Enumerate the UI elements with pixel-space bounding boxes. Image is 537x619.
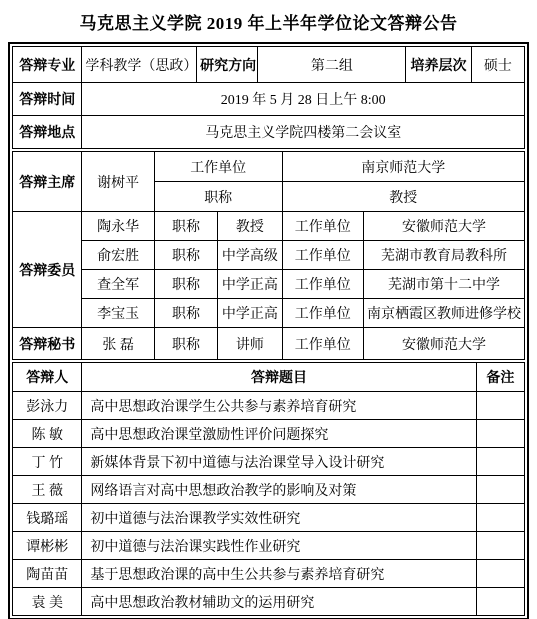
topic-header: 答辩题目: [82, 363, 476, 392]
defense-topic: 基于思想政治课的高中生公共参与素养培育研究: [82, 560, 476, 588]
panel-section: 答辩主席 谢树平 工作单位 南京师范大学 职称 教授 答辩委员 陶永华 职称 教…: [12, 151, 525, 360]
chair-label: 答辩主席: [13, 152, 82, 212]
defense-row: 陈 敏 高中思想政治课堂激励性评价问题探究: [13, 420, 525, 448]
member-title-value: 中学正高: [218, 299, 282, 328]
defense-row: 谭彬彬 初中道德与法治课实践性作业研究: [13, 532, 525, 560]
defense-topic: 初中道德与法治课实践性作业研究: [82, 532, 476, 560]
member-title-label: 职称: [154, 270, 217, 299]
chair-title-label: 职称: [154, 182, 282, 212]
note-cell: [476, 448, 524, 476]
direction-label: 研究方向: [197, 47, 258, 83]
note-cell: [476, 476, 524, 504]
note-cell: [476, 588, 524, 616]
member-name: 李宝玉: [82, 299, 154, 328]
defense-row: 丁 竹 新媒体背景下初中道德与法治课堂导入设计研究: [13, 448, 525, 476]
member-unit-value: 安徽师范大学: [364, 212, 525, 241]
defense-row: 袁 美 高中思想政治教材辅助文的运用研究: [13, 588, 525, 616]
member-title-value: 中学高级: [218, 241, 282, 270]
defense-section: 答辩人 答辩题目 备注 彭泳力 高中思想政治课学生公共参与素养培育研究 陈 敏 …: [12, 362, 525, 616]
place-value: 马克思主义学院四楼第二会议室: [82, 116, 525, 149]
time-label: 答辩时间: [13, 83, 82, 116]
committee-row: 李宝玉 职称 中学正高 工作单位 南京栖霞区教师进修学校: [13, 299, 525, 328]
member-name: 陶永华: [82, 212, 154, 241]
committee-label: 答辩委员: [13, 212, 82, 328]
secretary-unit-label: 工作单位: [282, 328, 363, 360]
level-label: 培养层次: [406, 47, 471, 83]
info-row-major: 答辩专业 学科教学（思政） 研究方向 第二组 培养层次 硕士: [13, 47, 525, 83]
secretary-title-label: 职称: [154, 328, 217, 360]
defense-topic: 新媒体背景下初中道德与法治课堂导入设计研究: [82, 448, 476, 476]
defense-topic: 网络语言对高中思想政治教学的影响及对策: [82, 476, 476, 504]
defense-row: 钱璐瑶 初中道德与法治课教学实效性研究: [13, 504, 525, 532]
level-value: 硕士: [471, 47, 524, 83]
defense-topic: 高中思想政治教材辅助文的运用研究: [82, 588, 476, 616]
person-header: 答辩人: [13, 363, 82, 392]
member-unit-value: 芜湖市教育局教科所: [364, 241, 525, 270]
major-label: 答辩专业: [13, 47, 82, 83]
member-title-label: 职称: [154, 241, 217, 270]
note-cell: [476, 420, 524, 448]
chair-unit-value: 南京师范大学: [282, 152, 524, 182]
defense-topic: 初中道德与法治课教学实效性研究: [82, 504, 476, 532]
note-cell: [476, 504, 524, 532]
member-unit-label: 工作单位: [282, 270, 363, 299]
defense-row: 彭泳力 高中思想政治课学生公共参与素养培育研究: [13, 392, 525, 420]
secretary-title-value: 讲师: [218, 328, 282, 360]
place-label: 答辩地点: [13, 116, 82, 149]
defender-name: 陈 敏: [13, 420, 82, 448]
member-name: 俞宏胜: [82, 241, 154, 270]
note-cell: [476, 392, 524, 420]
defender-name: 谭彬彬: [13, 532, 82, 560]
chair-name: 谢树平: [82, 152, 154, 212]
chair-row-unit: 答辩主席 谢树平 工作单位 南京师范大学: [13, 152, 525, 182]
member-unit-label: 工作单位: [282, 212, 363, 241]
page-title: 马克思主义学院 2019 年上半年学位论文答辩公告: [0, 0, 537, 42]
defense-row: 陶苗苗 基于思想政治课的高中生公共参与素养培育研究: [13, 560, 525, 588]
defender-name: 袁 美: [13, 588, 82, 616]
announcement-table: 答辩专业 学科教学（思政） 研究方向 第二组 培养层次 硕士 答辩时间 2019…: [8, 42, 529, 619]
secretary-unit-value: 安徽师范大学: [364, 328, 525, 360]
note-cell: [476, 532, 524, 560]
secretary-row: 答辩秘书 张 磊 职称 讲师 工作单位 安徽师范大学: [13, 328, 525, 360]
member-title-label: 职称: [154, 299, 217, 328]
member-unit-label: 工作单位: [282, 241, 363, 270]
member-unit-value: 芜湖市第十二中学: [364, 270, 525, 299]
defender-name: 彭泳力: [13, 392, 82, 420]
defender-name: 丁 竹: [13, 448, 82, 476]
secretary-name: 张 磊: [82, 328, 154, 360]
defense-topic: 高中思想政治课堂激励性评价问题探究: [82, 420, 476, 448]
committee-row: 俞宏胜 职称 中学高级 工作单位 芜湖市教育局教科所: [13, 241, 525, 270]
member-name: 查全军: [82, 270, 154, 299]
member-title-label: 职称: [154, 212, 217, 241]
defender-name: 钱璐瑶: [13, 504, 82, 532]
defender-name: 王 薇: [13, 476, 82, 504]
info-section: 答辩专业 学科教学（思政） 研究方向 第二组 培养层次 硕士 答辩时间 2019…: [12, 46, 525, 149]
note-cell: [476, 560, 524, 588]
chair-unit-label: 工作单位: [154, 152, 282, 182]
direction-value: 第二组: [258, 47, 406, 83]
member-unit-value: 南京栖霞区教师进修学校: [364, 299, 525, 328]
committee-row: 查全军 职称 中学正高 工作单位 芜湖市第十二中学: [13, 270, 525, 299]
note-header: 备注: [476, 363, 524, 392]
member-title-value: 中学正高: [218, 270, 282, 299]
info-row-time: 答辩时间 2019 年 5 月 28 日上午 8:00: [13, 83, 525, 116]
chair-title-value: 教授: [282, 182, 524, 212]
committee-row: 答辩委员 陶永华 职称 教授 工作单位 安徽师范大学: [13, 212, 525, 241]
info-row-place: 答辩地点 马克思主义学院四楼第二会议室: [13, 116, 525, 149]
time-value: 2019 年 5 月 28 日上午 8:00: [82, 83, 525, 116]
defender-name: 陶苗苗: [13, 560, 82, 588]
defense-header-row: 答辩人 答辩题目 备注: [13, 363, 525, 392]
member-title-value: 教授: [218, 212, 282, 241]
secretary-label: 答辩秘书: [13, 328, 82, 360]
major-value: 学科教学（思政）: [82, 47, 197, 83]
member-unit-label: 工作单位: [282, 299, 363, 328]
defense-row: 王 薇 网络语言对高中思想政治教学的影响及对策: [13, 476, 525, 504]
defense-topic: 高中思想政治课学生公共参与素养培育研究: [82, 392, 476, 420]
